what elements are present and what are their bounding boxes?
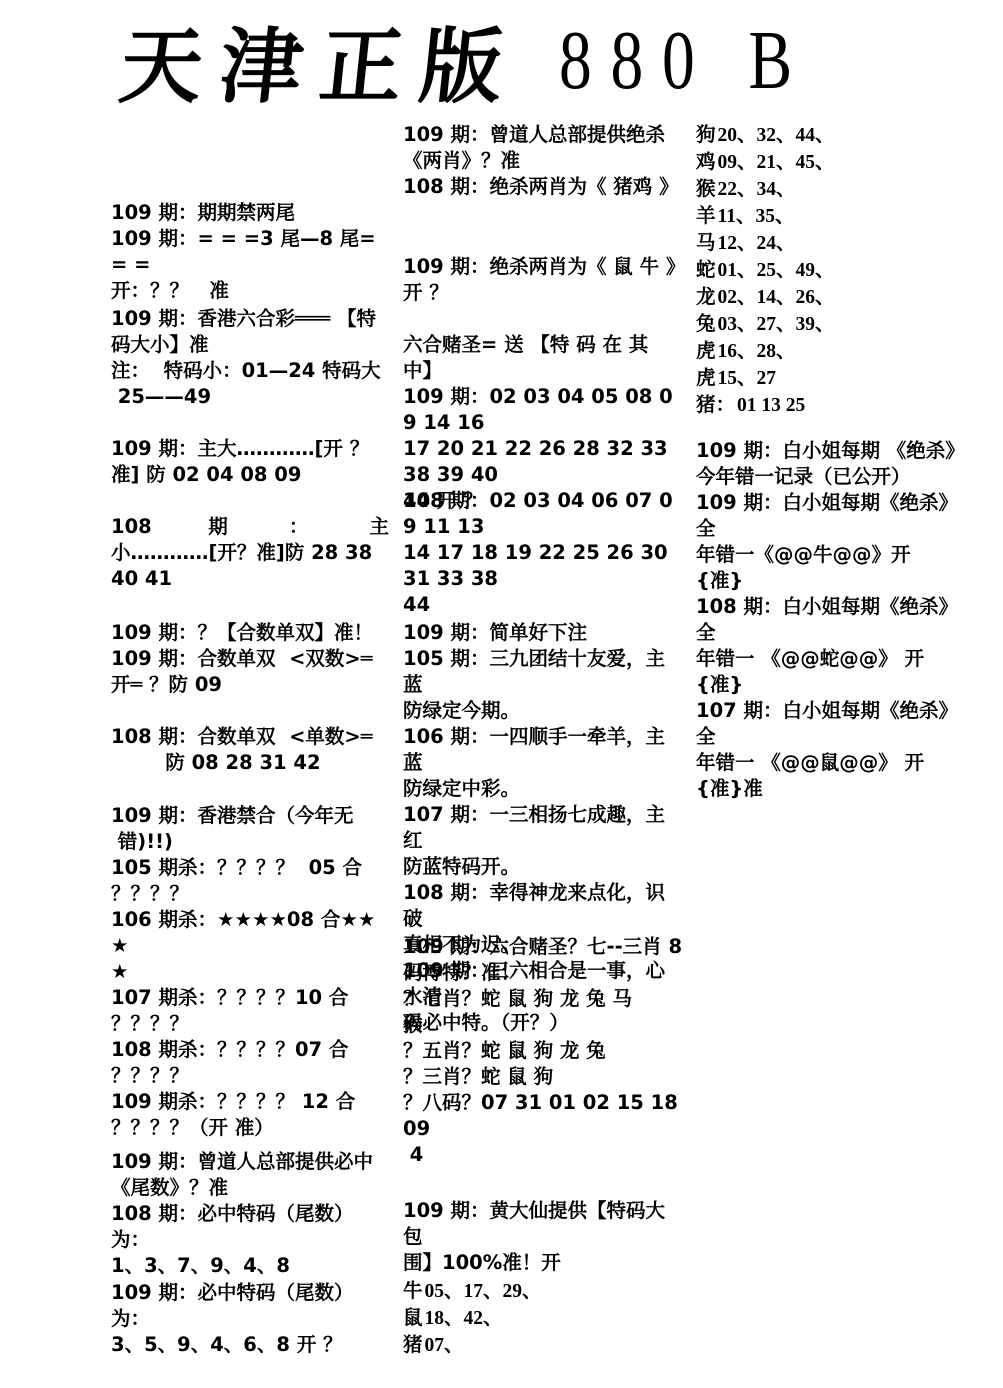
zodiac-row: 羊11、35、: [696, 203, 976, 230]
text-line: 年错一《@@牛@@》开: [696, 542, 976, 568]
zodiac-number-list: 狗20、32、44、鸡09、21、45、猴22、34、羊11、35、马12、24…: [696, 122, 976, 419]
zodiac-numbers: 20、32、44、: [718, 125, 835, 146]
page-title: 天津正版 880 B: [0, 10, 1003, 110]
zodiac-numbers: 16、28、: [718, 341, 796, 362]
text-line: 14 17 18 19 22 25 26 30 31 33 38: [403, 540, 683, 592]
zodiac-numbers: 12、24、: [718, 233, 796, 254]
text-line: 开：？？ 准: [111, 278, 389, 304]
text-line: 109 期：曾道人总部提供必中: [111, 1149, 389, 1175]
zodiac-row: 猴22、34、: [696, 176, 976, 203]
text-line: 防 08 28 31 42: [111, 750, 389, 776]
text-line: 109 期：= = =3 尾—8 尾= = =: [111, 226, 389, 278]
zodiac-name: 鼠: [403, 1306, 423, 1329]
zodiac-numbers: 03、27、39、: [718, 314, 835, 335]
text-line: 107 期杀：？？？？10 合: [111, 985, 389, 1011]
text-line: 109 期：香港禁合（今年无: [111, 803, 389, 829]
text-line: 中】: [403, 358, 683, 384]
zodiac-row: 虎15、27: [696, 365, 976, 392]
zodiac-name: 猴: [696, 177, 716, 200]
text-line: 109 期：？【合数单双】准！: [111, 620, 389, 646]
text-line: 今年错一记录（已公开）: [696, 464, 976, 490]
text-line: 《两肖》？准: [403, 148, 683, 174]
zodiac-numbers: 09、21、45、: [718, 152, 835, 173]
text-line: 109 期：绝杀两肖为《 鼠 牛 》: [403, 254, 683, 280]
zodiac-name: 猪: [403, 1333, 423, 1356]
zodiac-name: 鸡: [696, 150, 716, 173]
text-line: 码博特？准！: [403, 960, 683, 986]
text-line: ？？？？: [111, 1011, 389, 1037]
text-line: 25——49: [111, 384, 389, 410]
text-line: 106 期：一四顺手一牵羊，主蓝: [403, 724, 683, 776]
text-line: 44: [403, 592, 683, 618]
zodiac-row: 马12、24、: [696, 230, 976, 257]
text-block: 六合赌圣= 送 【特 码 在 其中】109 期：02 03 04 05 08 0…: [403, 332, 683, 514]
text-line: 1、3、7、9、4、8: [111, 1253, 389, 1279]
zodiac-name: 牛: [403, 1279, 423, 1302]
text-block: 109 期：曾道人总部提供绝杀《两肖》？准108 期：绝杀两肖为《 猪鸡 》: [403, 122, 683, 200]
text-line: 猴: [403, 1012, 683, 1038]
text-line: 年错一 《@@鼠@@》 开: [696, 750, 976, 776]
text-line: 17 20 21 22 26 28 32 33 38 39 40: [403, 436, 683, 488]
zodiac-numbers: 11、35、: [718, 206, 795, 227]
text-block: 109 期：曾道人总部提供必中《尾数》？准108 期：必中特码（尾数）为：1、3…: [111, 1149, 389, 1279]
title-chinese: 天津正版: [115, 2, 527, 119]
text-line: 108 期：02 03 04 06 07 09 11 13: [403, 488, 683, 540]
text-line: 108 期：白小姐每期《绝杀》全: [696, 594, 976, 646]
zodiac-name: 蛇: [696, 258, 716, 281]
text-line: 108 期 ： 主: [111, 514, 389, 540]
text-block: 109 期：主大…………[开 ？准] 防 02 04 08 09: [111, 436, 389, 488]
text-line: 107 期：白小姐每期《绝杀》全: [696, 698, 976, 750]
text-line: 开═ ？防 09: [111, 672, 389, 698]
zodiac-row: 蛇01、25、49、: [696, 257, 976, 284]
text-line: 109 期：白小姐每期《绝杀》全: [696, 490, 976, 542]
text-line: 107 期：一三相扬七成趣，主红: [403, 802, 683, 854]
zodiac-row: 狗20、32、44、: [696, 122, 976, 149]
zodiac-row: 兔03、27、39、: [696, 311, 976, 338]
text-line: 4: [403, 1142, 683, 1168]
text-line: 108 期：幸得神龙来点化，识破: [403, 880, 683, 932]
text-line: 《尾数》？准: [111, 1175, 389, 1201]
text-line: 109 期：合数单双 <双数>═: [111, 646, 389, 672]
text-line: 防绿定今期。: [403, 698, 683, 724]
text-block: 109 期：六合赌圣？七--三肖 8码博特？准！？七肖？蛇 鼠 狗 龙 兔 马猴…: [403, 934, 683, 1168]
text-line: 3、5、9、4、6、8 开 ？: [111, 1332, 389, 1358]
text-line: ？？？？（开 准）: [111, 1115, 389, 1141]
text-line: 108 期杀：？？？？07 合: [111, 1037, 389, 1063]
zodiac-row: 虎16、28、: [696, 338, 976, 365]
text-line: 109 期：02 03 04 05 08 09 14 16: [403, 384, 683, 436]
zodiac-numbers: 01、25、49、: [718, 260, 835, 281]
zodiac-numbers: 18、42、: [425, 1308, 503, 1329]
text-line: 109 期：曾道人总部提供绝杀: [403, 122, 683, 148]
zodiac-name: 龙: [696, 285, 716, 308]
zodiac-name: 狗: [696, 123, 716, 146]
text-block: 108 期 ： 主小…………[开？准]防 28 3840 41: [111, 514, 389, 592]
text-line: 109 期：白小姐每期 《绝杀》: [696, 438, 976, 464]
text-block: 109 期：必中特码（尾数）为：3、5、9、4、6、8 开 ？: [111, 1280, 389, 1358]
text-line: ？五肖？蛇 鼠 狗 龙 兔: [403, 1038, 683, 1064]
text-line: 105 期：三九团结十友爱，主蓝: [403, 646, 683, 698]
text-block: 109 期：香港禁合（今年无 错)!!)105 期杀：？？？？ 05 合？？？？…: [111, 803, 389, 1141]
text-line: ？八码？07 31 01 02 15 18 09: [403, 1090, 683, 1142]
text-line: 注： 特码小：01—24 特码大: [111, 358, 389, 384]
text-line: ？？？？: [111, 1063, 389, 1089]
text-line: 年错一 《@@蛇@@》 开: [696, 646, 976, 672]
text-line: 六合赌圣= 送 【特 码 在 其: [403, 332, 683, 358]
text-line: {准}准: [696, 776, 976, 802]
text-line: 错)!!): [111, 829, 389, 855]
text-block: 108 期：合数单双 <单数>═ 防 08 28 31 42: [111, 724, 389, 776]
text-line: 105 期杀：？？？？ 05 合: [111, 855, 389, 881]
text-line: {准}: [696, 568, 976, 594]
text-block: 108 期：02 03 04 06 07 09 11 1314 17 18 19…: [403, 488, 683, 618]
text-line: 准] 防 02 04 08 09: [111, 462, 389, 488]
text-block: 109 期：绝杀两肖为《 鼠 牛 》开 ？: [403, 254, 683, 306]
text-line: ？？？？: [111, 881, 389, 907]
zodiac-name: 虎: [696, 366, 716, 389]
zodiac-row: 龙02、14、26、: [696, 284, 976, 311]
zodiac-row: 猪07、: [403, 1332, 683, 1359]
text-line: ★: [111, 959, 389, 985]
zodiac-number-list: 牛05、17、29、鼠18、42、猪07、: [403, 1278, 683, 1359]
text-line: 围】100%准！开: [403, 1250, 683, 1276]
zodiac-numbers: 05、17、29、: [425, 1281, 542, 1302]
zodiac-name: 兔: [696, 312, 716, 335]
text-block: 109 期：黄大仙提供【特码大包围】100%准！开: [403, 1198, 683, 1276]
zodiac-name: 虎: [696, 339, 716, 362]
zodiac-numbers: 22、34、: [718, 179, 796, 200]
zodiac-row: 鼠18、42、: [403, 1305, 683, 1332]
text-line: 40 41: [111, 566, 389, 592]
text-line: 108 期：必中特码（尾数）为：: [111, 1201, 389, 1253]
text-line: 109 期：必中特码（尾数）为：: [111, 1280, 389, 1332]
text-block: 109 期：期期禁两尾109 期：= = =3 尾—8 尾= = =开：？？ 准: [111, 200, 389, 304]
text-line: 开 ？: [403, 280, 683, 306]
text-block: 109 期：白小姐每期 《绝杀》今年错一记录（已公开）109 期：白小姐每期《绝…: [696, 438, 976, 802]
title-code: 880 B: [559, 12, 811, 109]
text-line: 109 期：简单好下注: [403, 620, 683, 646]
text-line: 108 期：合数单双 <单数>═: [111, 724, 389, 750]
text-line: 防蓝特码开。: [403, 854, 683, 880]
text-line: 109 期：主大…………[开 ？: [111, 436, 389, 462]
text-line: 106 期杀：★★★★08 合★★★: [111, 907, 389, 959]
text-line: 108 期：绝杀两肖为《 猪鸡 》: [403, 174, 683, 200]
text-line: 防绿定中彩。: [403, 776, 683, 802]
text-line: ？七肖？蛇 鼠 狗 龙 兔 马: [403, 986, 683, 1012]
zodiac-row: 鸡09、21、45、: [696, 149, 976, 176]
zodiac-name: 马: [696, 231, 716, 254]
text-line: 109 期杀：？？？？ 12 合: [111, 1089, 389, 1115]
text-line: 109 期：期期禁两尾: [111, 200, 389, 226]
text-block: 109 期：香港六合彩═══ 【特码大小】准注： 特码小：01—24 特码大 2…: [111, 306, 389, 410]
text-line: 109 期：六合赌圣？七--三肖 8: [403, 934, 683, 960]
text-line: 小…………[开？准]防 28 38: [111, 540, 389, 566]
zodiac-name: 猪：: [696, 393, 735, 416]
zodiac-numbers: 01 13 25: [737, 395, 805, 416]
zodiac-name: 羊: [696, 204, 716, 227]
zodiac-row: 猪：01 13 25: [696, 392, 976, 419]
text-line: {准}: [696, 672, 976, 698]
text-block: 109 期：？【合数单双】准！109 期：合数单双 <双数>═开═ ？防 09: [111, 620, 389, 698]
text-line: 109 期：黄大仙提供【特码大包: [403, 1198, 683, 1250]
text-line: 109 期：香港六合彩═══ 【特: [111, 306, 389, 332]
text-line: ？三肖？蛇 鼠 狗: [403, 1064, 683, 1090]
zodiac-numbers: 02、14、26、: [718, 287, 835, 308]
zodiac-numbers: 07、: [425, 1335, 464, 1356]
zodiac-numbers: 15、27: [718, 368, 777, 389]
zodiac-row: 牛05、17、29、: [403, 1278, 683, 1305]
text-line: 码大小】准: [111, 332, 389, 358]
